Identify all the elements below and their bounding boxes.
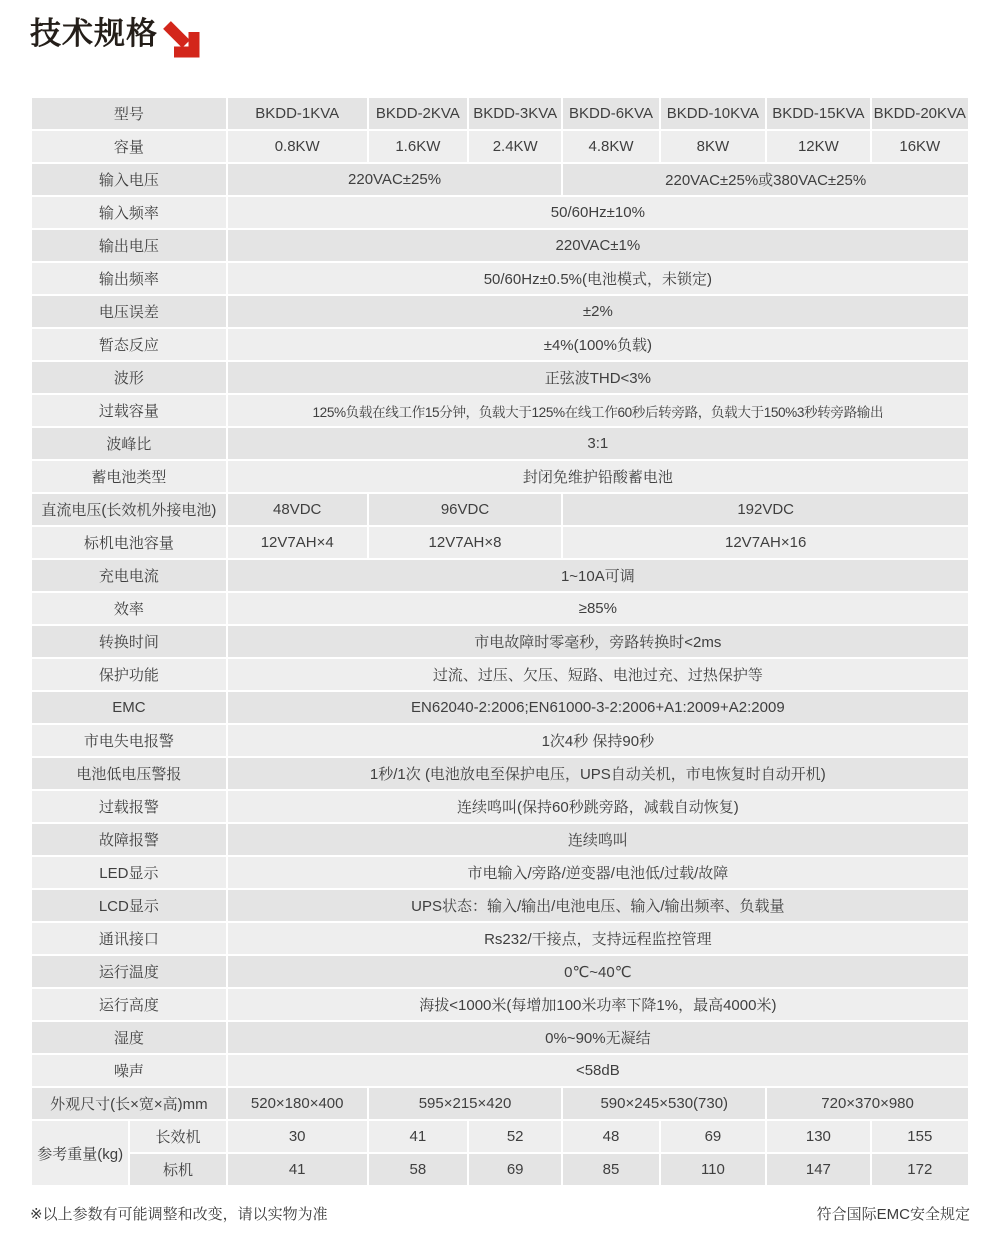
table-row: 波形正弦波THD<3% <box>32 362 968 393</box>
spec-cell: BKDD-3KVA <box>469 98 561 129</box>
table-row: 保护功能过流、过压、欠压、短路、电池过充、过热保护等 <box>32 659 968 690</box>
spec-cell: 正弦波THD<3% <box>228 362 968 393</box>
spec-cell: ±2% <box>228 296 968 327</box>
spec-cell: 市电故障时零毫秒，旁路转换时<2ms <box>228 626 968 657</box>
page-header: 技术规格 <box>30 0 970 78</box>
spec-cell: 过流、过压、欠压、短路、电池过充、过热保护等 <box>228 659 968 690</box>
table-row: 容量0.8KW1.6KW2.4KW4.8KW8KW12KW16KW <box>32 131 968 162</box>
weight-cell: 130 <box>767 1121 869 1152</box>
table-row: 通讯接口Rs232/干接点，支持远程监控管理 <box>32 923 968 954</box>
table-row: 市电失电报警1次4秒 保持90秒 <box>32 725 968 756</box>
weight-sub-label: 长效机 <box>130 1121 225 1152</box>
table-row: 暂态反应±4%(100%负载) <box>32 329 968 360</box>
spec-cell: 125%负载在线工作15分钟，负载大于125%在线工作60秒后转旁路，负载大于1… <box>228 395 968 426</box>
row-label: 型号 <box>32 98 226 129</box>
row-label: 标机电池容量 <box>32 527 226 558</box>
row-label: 通讯接口 <box>32 923 226 954</box>
table-row: 输出电压220VAC±1% <box>32 230 968 261</box>
spec-cell: 1次4秒 保持90秒 <box>228 725 968 756</box>
row-label: 波峰比 <box>32 428 226 459</box>
row-label: 过载报警 <box>32 791 226 822</box>
weight-cell: 69 <box>661 1121 765 1152</box>
row-label: 效率 <box>32 593 226 624</box>
table-row: 噪声<58dB <box>32 1055 968 1086</box>
row-label: 容量 <box>32 131 226 162</box>
spec-cell: 220VAC±1% <box>228 230 968 261</box>
spec-cell: ±4%(100%负载) <box>228 329 968 360</box>
table-row: 型号BKDD-1KVABKDD-2KVABKDD-3KVABKDD-6KVABK… <box>32 98 968 129</box>
row-label: LED显示 <box>32 857 226 888</box>
table-row: 电池低电压警报1秒/1次 (电池放电至保护电压，UPS自动关机，市电恢复时自动开… <box>32 758 968 789</box>
weight-cell: 41 <box>228 1154 367 1185</box>
spec-cell: 0%~90%无凝结 <box>228 1022 968 1053</box>
spec-cell: 连续鸣叫(保持60秒跳旁路，减载自动恢复) <box>228 791 968 822</box>
table-row: 输出频率50/60Hz±0.5%(电池模式，未锁定) <box>32 263 968 294</box>
spec-cell: BKDD-1KVA <box>228 98 367 129</box>
spec-cell: 220VAC±25%或380VAC±25% <box>563 164 968 195</box>
spec-cell: 12V7AH×16 <box>563 527 968 558</box>
table-row: 过载容量125%负载在线工作15分钟，负载大于125%在线工作60秒后转旁路，负… <box>32 395 968 426</box>
table-row: 充电电流1~10A可调 <box>32 560 968 591</box>
row-label: LCD显示 <box>32 890 226 921</box>
table-row: 过载报警连续鸣叫(保持60秒跳旁路，减载自动恢复) <box>32 791 968 822</box>
weight-group-label: 参考重量(kg) <box>32 1121 128 1185</box>
weight-cell: 58 <box>369 1154 467 1185</box>
weight-cell: 48 <box>563 1121 658 1152</box>
row-label: 湿度 <box>32 1022 226 1053</box>
table-row: 效率≥85% <box>32 593 968 624</box>
table-row: 蓄电池类型封闭免维护铅酸蓄电池 <box>32 461 968 492</box>
spec-cell: 50/60Hz±0.5%(电池模式，未锁定) <box>228 263 968 294</box>
spec-cell: UPS状态：输入/输出/电池电压、输入/输出频率、负载量 <box>228 890 968 921</box>
spec-cell: 50/60Hz±10% <box>228 197 968 228</box>
spec-cell: 市电输入/旁路/逆变器/电池低/过载/故障 <box>228 857 968 888</box>
weight-cell: 41 <box>369 1121 467 1152</box>
weight-cell: 155 <box>872 1121 968 1152</box>
spec-cell: 520×180×400 <box>228 1088 367 1119</box>
spec-table: 型号BKDD-1KVABKDD-2KVABKDD-3KVABKDD-6KVABK… <box>30 96 970 1187</box>
spec-cell: 590×245×530(730) <box>563 1088 765 1119</box>
table-row: LCD显示UPS状态：输入/输出/电池电压、输入/输出频率、负载量 <box>32 890 968 921</box>
weight-cell: 30 <box>228 1121 367 1152</box>
spec-cell: 48VDC <box>228 494 367 525</box>
weight-cell: 172 <box>872 1154 968 1185</box>
spec-cell: EN62040-2:2006;EN61000-3-2:2006+A1:2009+… <box>228 692 968 723</box>
row-label: 输入电压 <box>32 164 226 195</box>
weight-cell: 69 <box>469 1154 561 1185</box>
spec-cell: 1~10A可调 <box>228 560 968 591</box>
arrow-down-right-icon <box>160 18 200 58</box>
spec-cell: 连续鸣叫 <box>228 824 968 855</box>
spec-page: 技术规格 型号BKDD-1KVABKDD-2KVABKDD-3KVABKDD-6… <box>0 0 1000 1224</box>
footer-compliance: 符合国际EMC安全规定 <box>817 1203 970 1224</box>
spec-cell: 3:1 <box>228 428 968 459</box>
table-row: 电压误差±2% <box>32 296 968 327</box>
spec-cell: 0℃~40℃ <box>228 956 968 987</box>
weight-cell: 85 <box>563 1154 658 1185</box>
row-label: 输入频率 <box>32 197 226 228</box>
spec-cell: 1秒/1次 (电池放电至保护电压，UPS自动关机，市电恢复时自动开机) <box>228 758 968 789</box>
row-label: 蓄电池类型 <box>32 461 226 492</box>
table-row: 直流电压(长效机外接电池)48VDC96VDC192VDC <box>32 494 968 525</box>
row-label: 市电失电报警 <box>32 725 226 756</box>
spec-cell: Rs232/干接点，支持远程监控管理 <box>228 923 968 954</box>
row-label: 充电电流 <box>32 560 226 591</box>
table-row: 转换时间市电故障时零毫秒，旁路转换时<2ms <box>32 626 968 657</box>
table-row: 波峰比3:1 <box>32 428 968 459</box>
spec-cell: 4.8KW <box>563 131 658 162</box>
spec-cell: BKDD-15KVA <box>767 98 869 129</box>
table-row: 湿度0%~90%无凝结 <box>32 1022 968 1053</box>
spec-cell: 220VAC±25% <box>228 164 562 195</box>
spec-cell: 595×215×420 <box>369 1088 562 1119</box>
table-row: EMCEN62040-2:2006;EN61000-3-2:2006+A1:20… <box>32 692 968 723</box>
table-row: 运行温度0℃~40℃ <box>32 956 968 987</box>
row-label: 输出电压 <box>32 230 226 261</box>
table-row: 输入电压220VAC±25%220VAC±25%或380VAC±25% <box>32 164 968 195</box>
spec-cell: 2.4KW <box>469 131 561 162</box>
spec-table-body: 型号BKDD-1KVABKDD-2KVABKDD-3KVABKDD-6KVABK… <box>32 98 968 1185</box>
table-row: 故障报警连续鸣叫 <box>32 824 968 855</box>
spec-cell: BKDD-6KVA <box>563 98 658 129</box>
spec-cell: 1.6KW <box>369 131 467 162</box>
spec-cell: 12V7AH×4 <box>228 527 367 558</box>
row-label: EMC <box>32 692 226 723</box>
row-label: 噪声 <box>32 1055 226 1086</box>
spec-cell: 720×370×980 <box>767 1088 968 1119</box>
spec-cell: 16KW <box>872 131 968 162</box>
spec-cell: 8KW <box>661 131 765 162</box>
spec-cell: BKDD-20KVA <box>872 98 968 129</box>
row-label: 电压误差 <box>32 296 226 327</box>
row-label: 外观尺寸(长×宽×高)mm <box>32 1088 226 1119</box>
spec-cell: 海拔<1000米(每增加100米功率下降1%，最高4000米) <box>228 989 968 1020</box>
footer-note: ※以上参数有可能调整和改变，请以实物为准 <box>30 1203 328 1224</box>
row-label: 直流电压(长效机外接电池) <box>32 494 226 525</box>
table-row: 标机电池容量12V7AH×412V7AH×812V7AH×16 <box>32 527 968 558</box>
spec-cell: ≥85% <box>228 593 968 624</box>
weight-cell: 110 <box>661 1154 765 1185</box>
spec-cell: 192VDC <box>563 494 968 525</box>
spec-cell: 96VDC <box>369 494 562 525</box>
weight-sub-label: 标机 <box>130 1154 225 1185</box>
row-label: 过载容量 <box>32 395 226 426</box>
page-footer: ※以上参数有可能调整和改变，请以实物为准 符合国际EMC安全规定 <box>30 1203 970 1224</box>
row-label: 运行温度 <box>32 956 226 987</box>
spec-cell: 12KW <box>767 131 869 162</box>
table-row: 标机41586985110147172 <box>32 1154 968 1185</box>
spec-cell: BKDD-10KVA <box>661 98 765 129</box>
weight-cell: 147 <box>767 1154 869 1185</box>
weight-cell: 52 <box>469 1121 561 1152</box>
spec-cell: <58dB <box>228 1055 968 1086</box>
row-label: 转换时间 <box>32 626 226 657</box>
spec-cell: 0.8KW <box>228 131 367 162</box>
row-label: 保护功能 <box>32 659 226 690</box>
table-row: 外观尺寸(长×宽×高)mm520×180×400595×215×420590×2… <box>32 1088 968 1119</box>
table-row: 输入频率50/60Hz±10% <box>32 197 968 228</box>
table-row: 参考重量(kg)长效机3041524869130155 <box>32 1121 968 1152</box>
row-label: 故障报警 <box>32 824 226 855</box>
table-row: 运行高度海拔<1000米(每增加100米功率下降1%，最高4000米) <box>32 989 968 1020</box>
row-label: 暂态反应 <box>32 329 226 360</box>
row-label: 输出频率 <box>32 263 226 294</box>
spec-cell: 封闭免维护铅酸蓄电池 <box>228 461 968 492</box>
spec-cell: BKDD-2KVA <box>369 98 467 129</box>
spec-cell: 12V7AH×8 <box>369 527 562 558</box>
table-row: LED显示市电输入/旁路/逆变器/电池低/过载/故障 <box>32 857 968 888</box>
row-label: 电池低电压警报 <box>32 758 226 789</box>
row-label: 波形 <box>32 362 226 393</box>
row-label: 运行高度 <box>32 989 226 1020</box>
page-title: 技术规格 <box>30 14 158 54</box>
